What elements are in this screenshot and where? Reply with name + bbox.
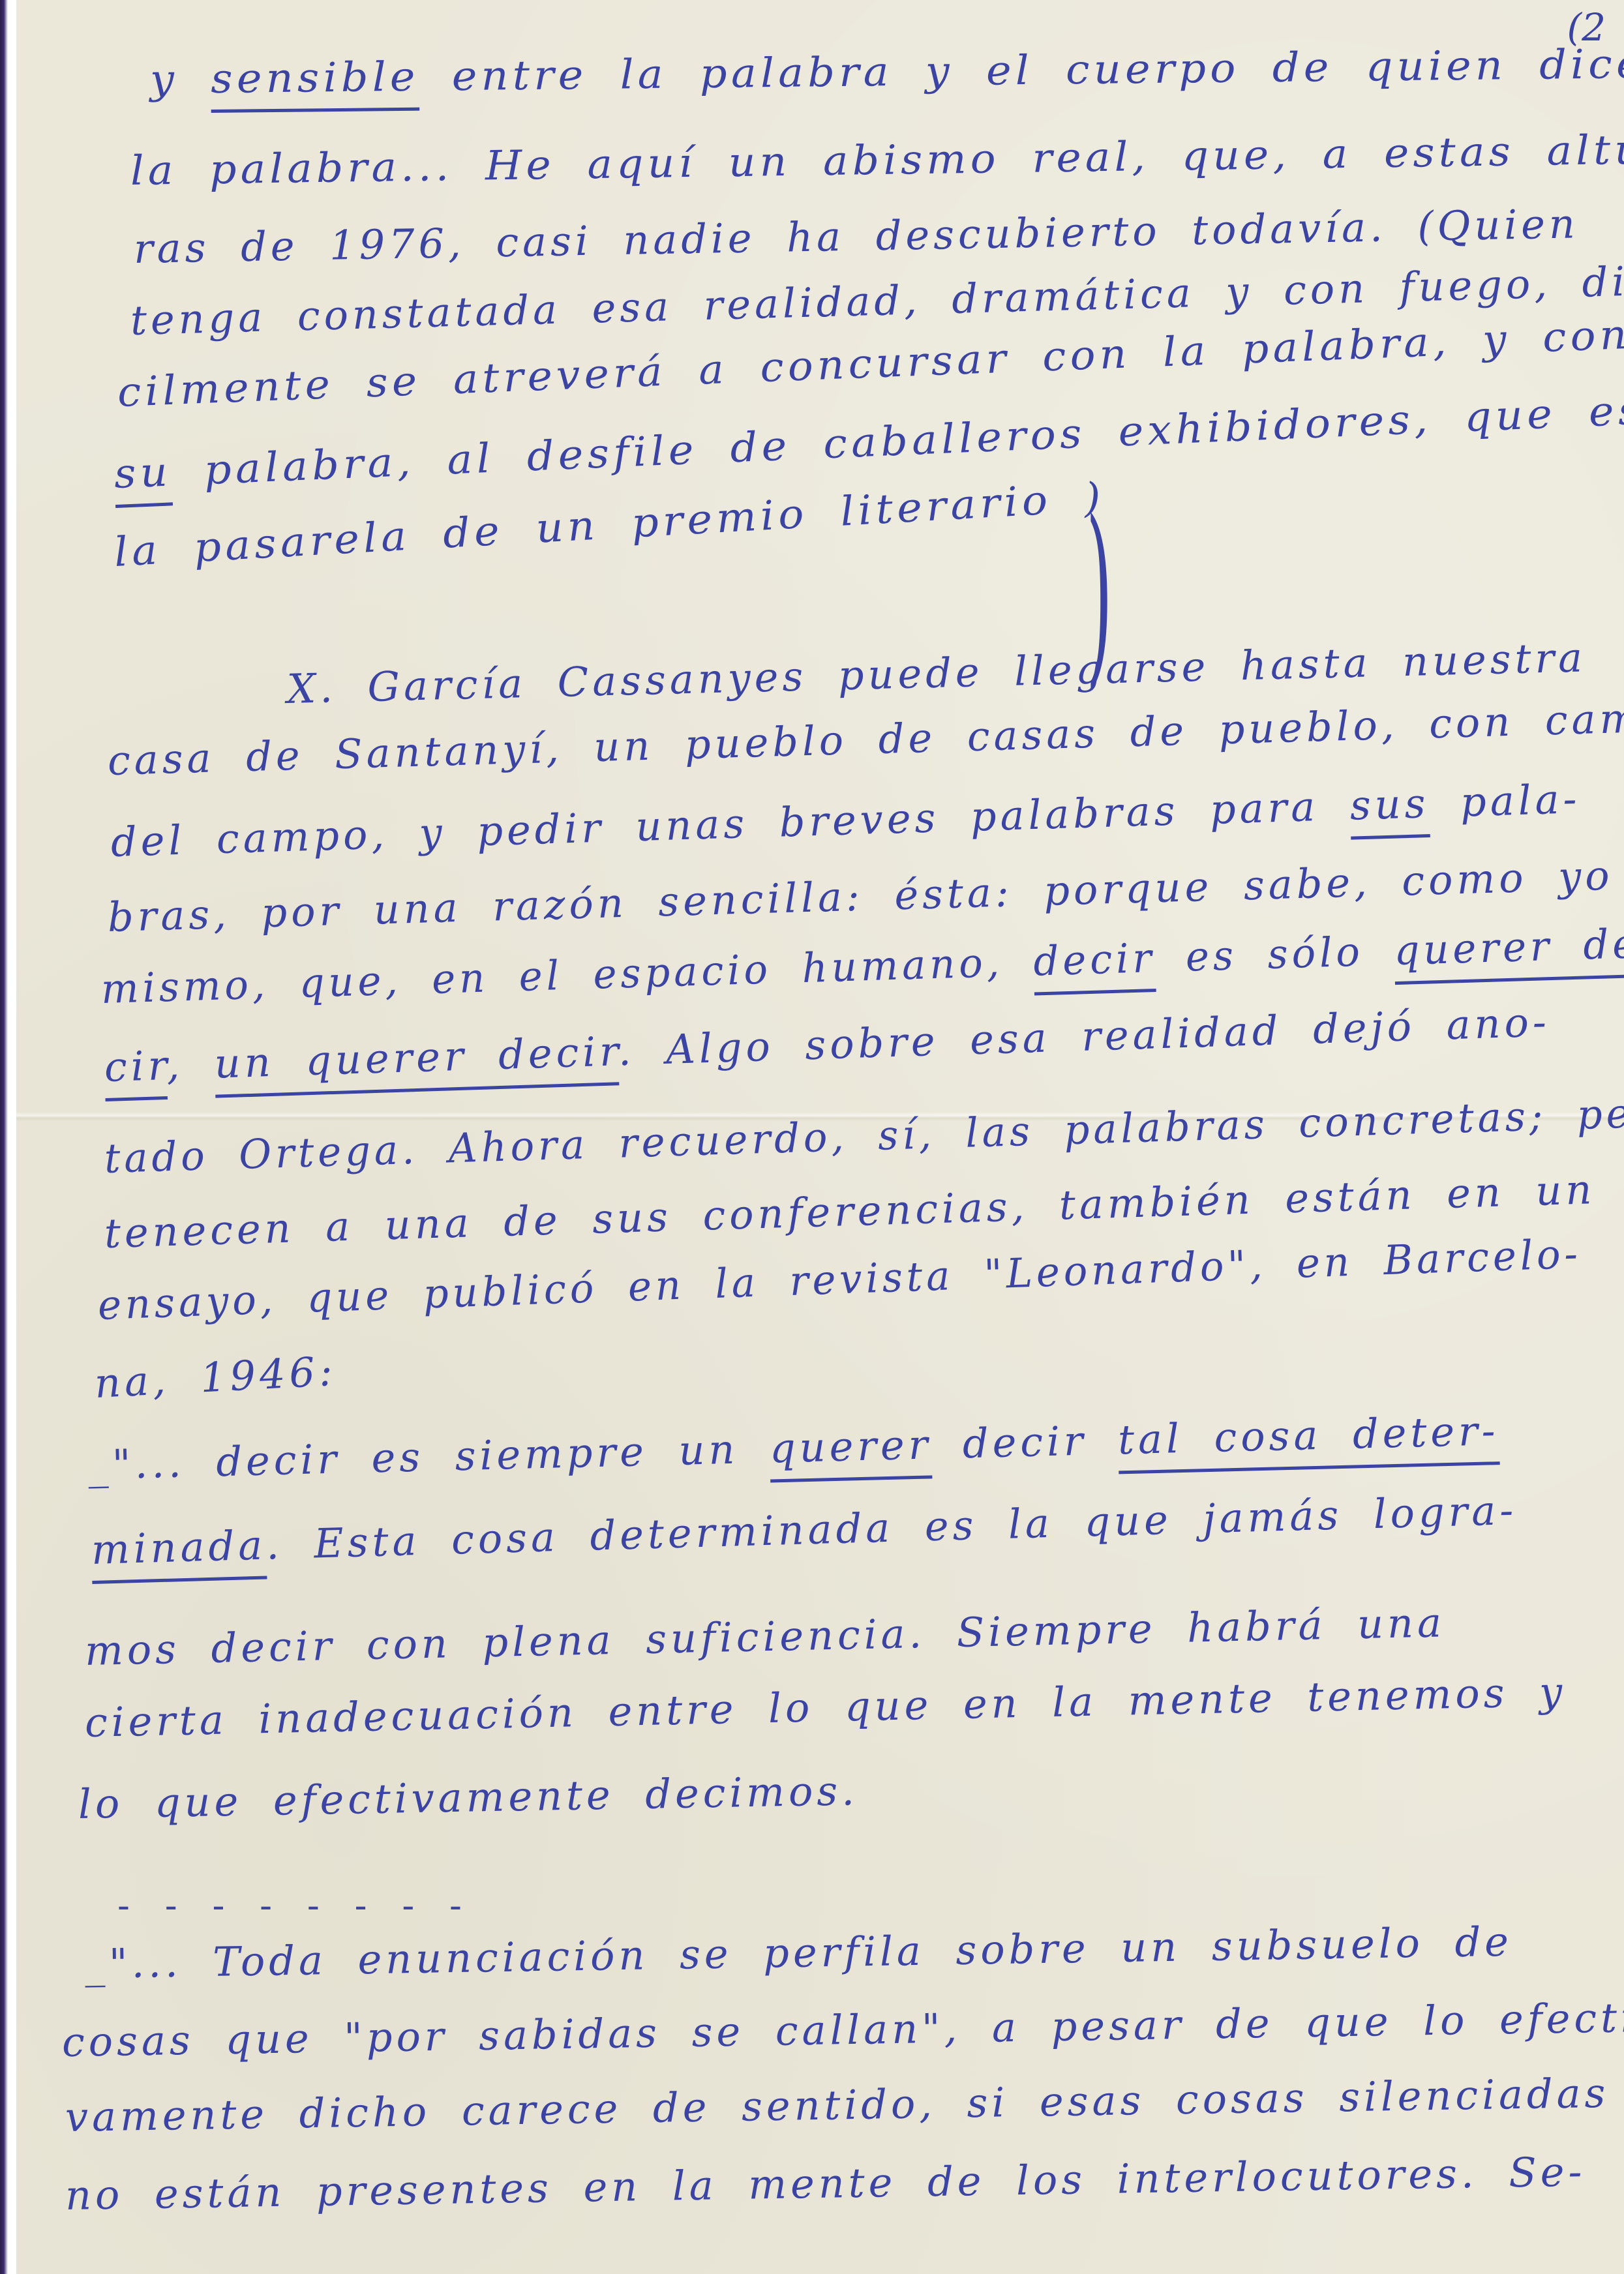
scan-edge [0,0,8,2274]
underlined-word: tal cosa deter- [1117,1407,1499,1463]
underlined-word: su [113,447,172,498]
underlined-word: querer [769,1420,932,1472]
underlined-word: sensible [211,53,419,102]
underlined-word: sus [1349,779,1430,830]
underlined-word: querer de- [1393,919,1624,974]
section-separator: - - - - - - - - [117,1885,474,1927]
underlined-word: minada [91,1521,267,1574]
underlined-word: decir [1032,934,1156,985]
underlined-word: cir [104,1041,168,1091]
